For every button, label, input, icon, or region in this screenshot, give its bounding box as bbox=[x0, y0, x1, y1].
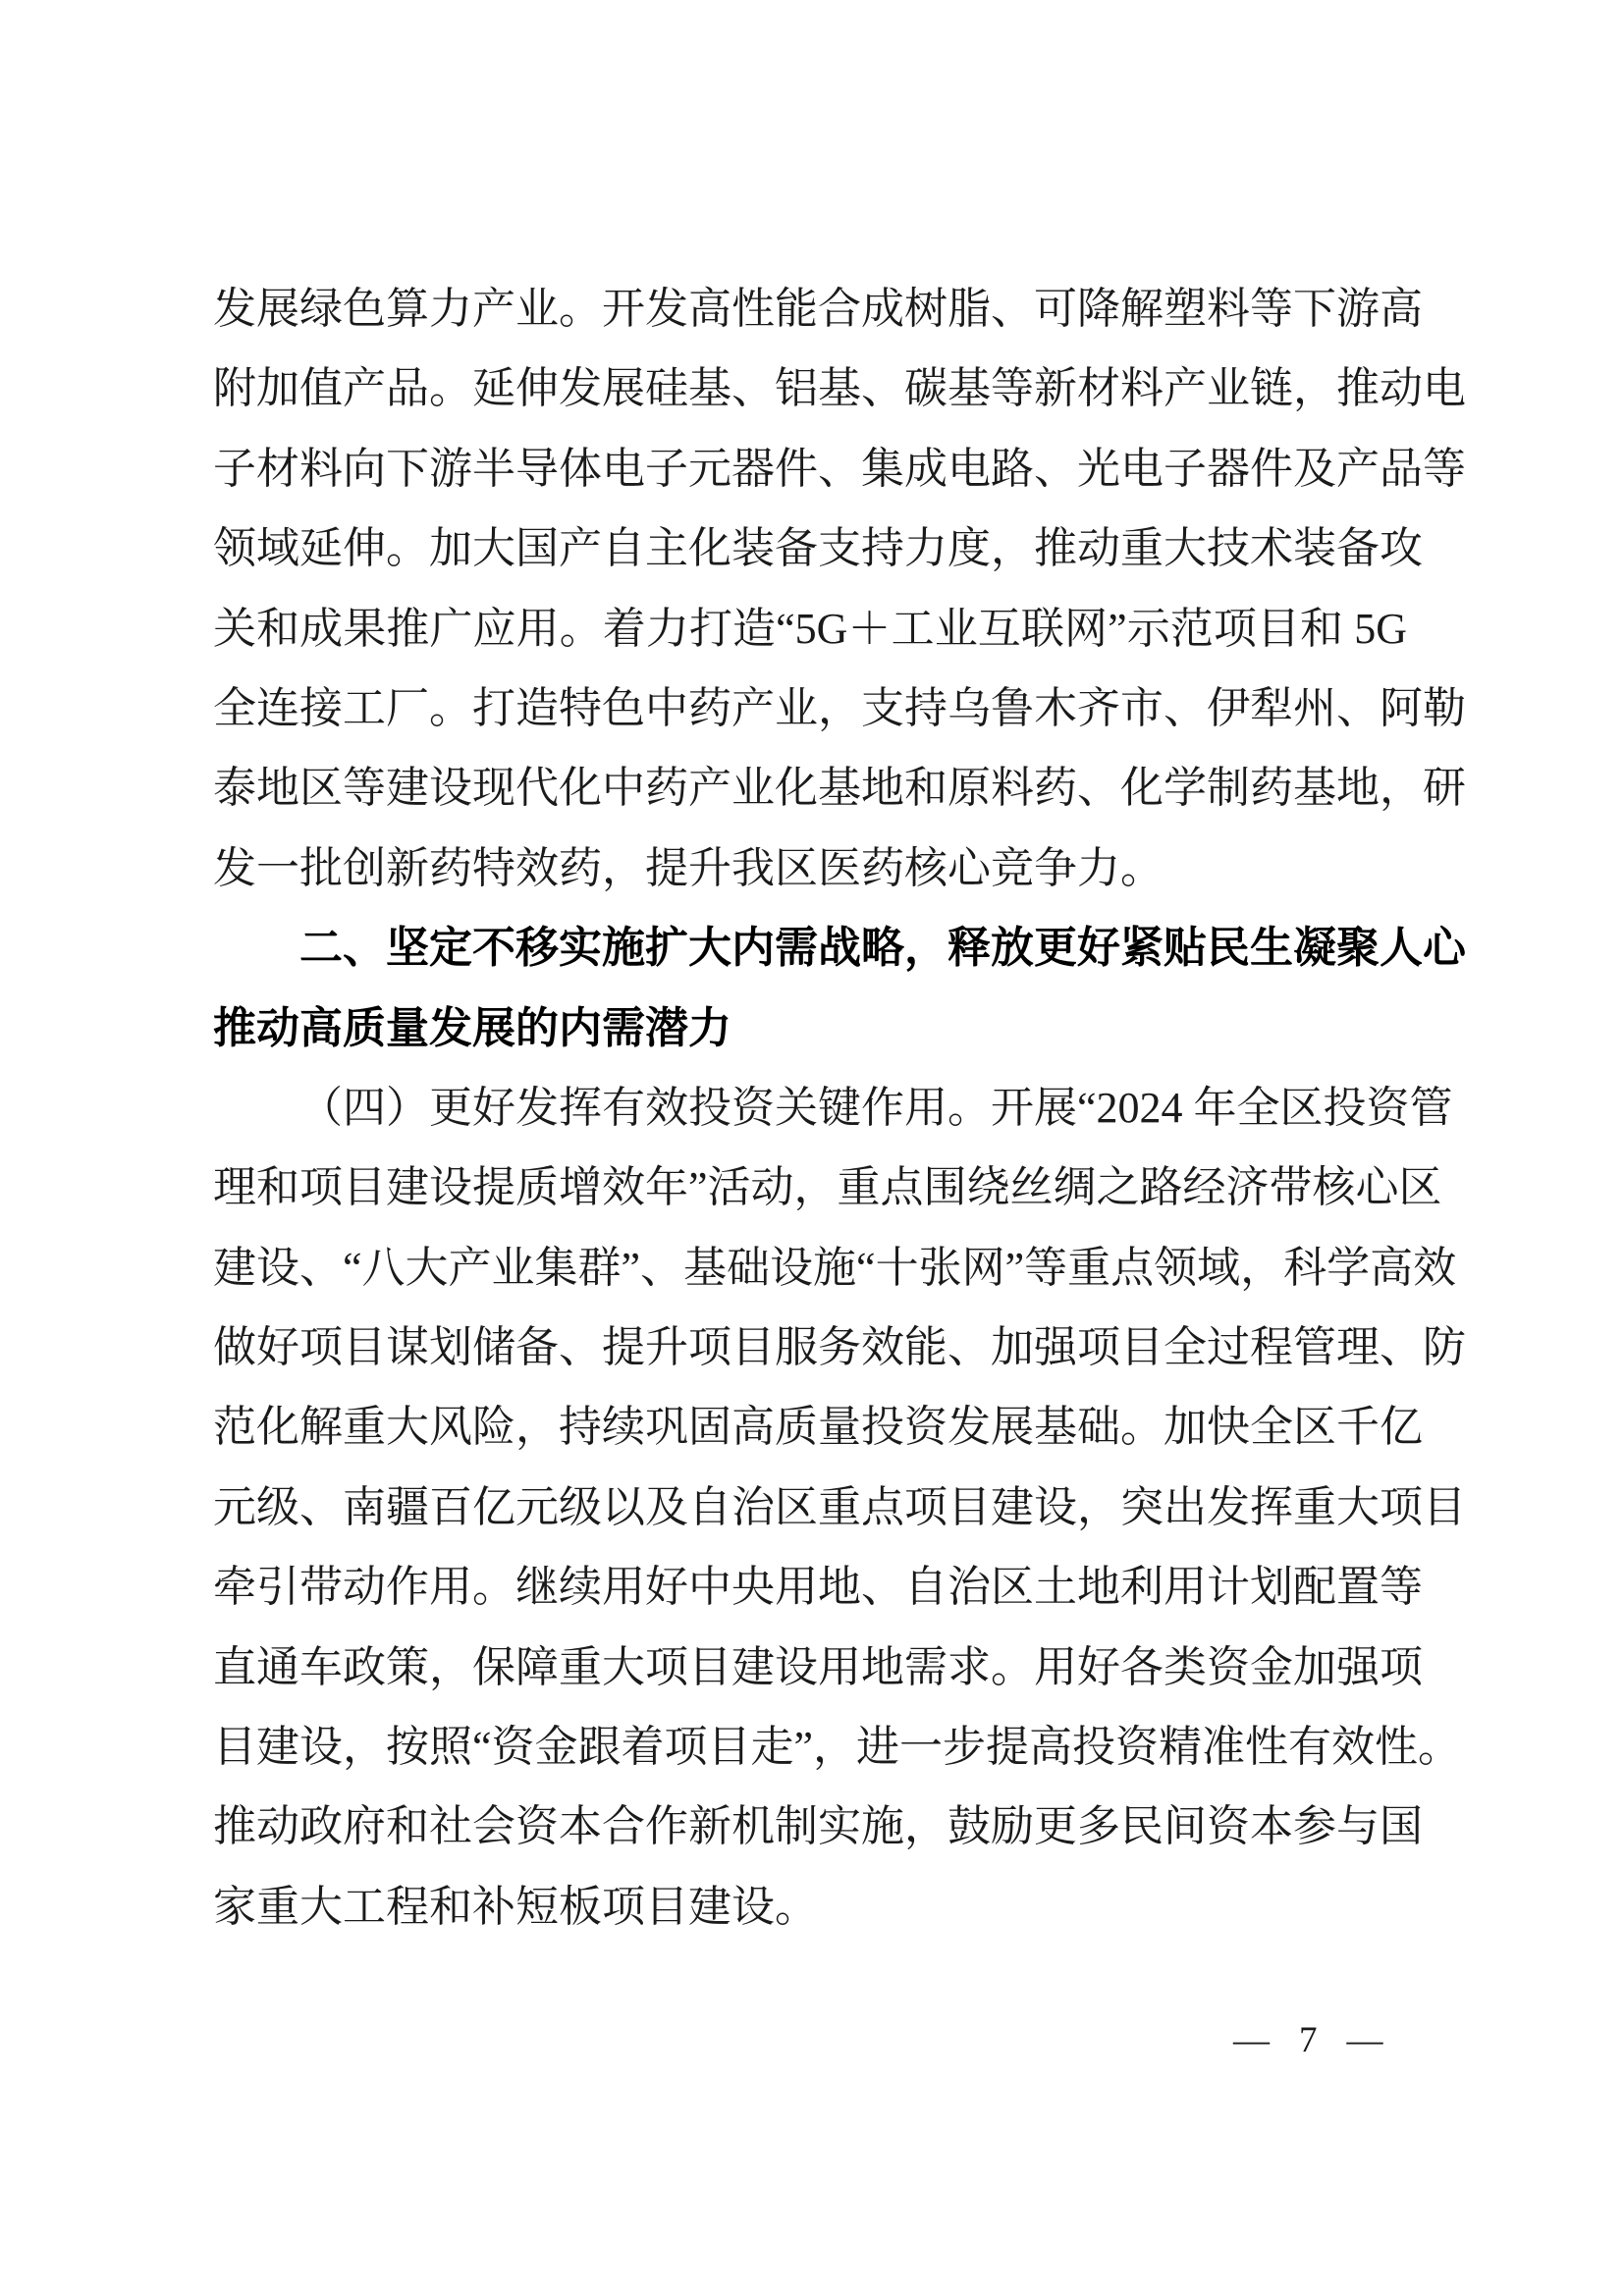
page-number: 7 bbox=[1299, 2019, 1318, 2061]
body-line: 家重大工程和补短板项目建设。 bbox=[213, 1867, 1407, 1947]
body-line: 发展绿色算力产业。开发高性能合成树脂、可降解塑料等下游高 bbox=[213, 269, 1407, 348]
body-text-block: 发展绿色算力产业。开发高性能合成树脂、可降解塑料等下游高 附加值产品。延伸发展硅… bbox=[213, 269, 1407, 1947]
section-heading-line: 推动高质量发展的内需潜力 bbox=[213, 988, 1407, 1068]
body-line: 发一批创新药特效药，提升我区医药核心竞争力。 bbox=[213, 828, 1407, 908]
body-line: 建设、“八大产业集群”、基础设施“十张网”等重点领域，科学高效 bbox=[213, 1228, 1407, 1308]
document-page: 发展绿色算力产业。开发高性能合成树脂、可降解塑料等下游高 附加值产品。延伸发展硅… bbox=[0, 0, 1624, 2296]
body-line: 关和成果推广应用。着力打造“5G＋工业互联网”示范项目和 5G bbox=[213, 589, 1407, 668]
body-line: 直通车政策，保障重大项目建设用地需求。用好各类资金加强项 bbox=[213, 1628, 1407, 1707]
body-line: 领域延伸。加大国产自主化装备支持力度，推动重大技术装备攻 bbox=[213, 508, 1407, 588]
body-line: 理和项目建设提质增效年”活动，重点围绕丝绸之路经济带核心区 bbox=[213, 1148, 1407, 1227]
body-line: 附加值产品。延伸发展硅基、铝基、碳基等新材料产业链，推动电 bbox=[213, 348, 1407, 428]
body-line: 泰地区等建设现代化中药产业化基地和原料药、化学制药基地，研 bbox=[213, 748, 1407, 828]
body-line: 目建设，按照“资金跟着项目走”，进一步提高投资精准性有效性。 bbox=[213, 1707, 1407, 1787]
body-line: 推动政府和社会资本合作新机制实施，鼓励更多民间资本参与国 bbox=[213, 1787, 1407, 1866]
body-line: （四）更好发挥有效投资关键作用。开展“2024 年全区投资管 bbox=[213, 1068, 1407, 1148]
body-line: 子材料向下游半导体电子元器件、集成电路、光电子器件及产品等 bbox=[213, 429, 1407, 508]
page-footer: — 7 — bbox=[1233, 2018, 1383, 2061]
body-line: 范化解重大风险，持续巩固高质量投资发展基础。加快全区千亿 bbox=[213, 1387, 1407, 1467]
body-line: 元级、南疆百亿元级以及自治区重点项目建设，突出发挥重大项目 bbox=[213, 1468, 1407, 1547]
footer-dash-left: — bbox=[1233, 2019, 1270, 2061]
section-heading-line: 二、坚定不移实施扩大内需战略，释放更好紧贴民生凝聚人心 bbox=[213, 908, 1407, 988]
body-line: 做好项目谋划储备、提升项目服务效能、加强项目全过程管理、防 bbox=[213, 1308, 1407, 1387]
body-line: 全连接工厂。打造特色中药产业，支持乌鲁木齐市、伊犁州、阿勒 bbox=[213, 668, 1407, 748]
footer-dash-right: — bbox=[1347, 2019, 1383, 2061]
body-line: 牵引带动作用。继续用好中央用地、自治区土地利用计划配置等 bbox=[213, 1547, 1407, 1627]
